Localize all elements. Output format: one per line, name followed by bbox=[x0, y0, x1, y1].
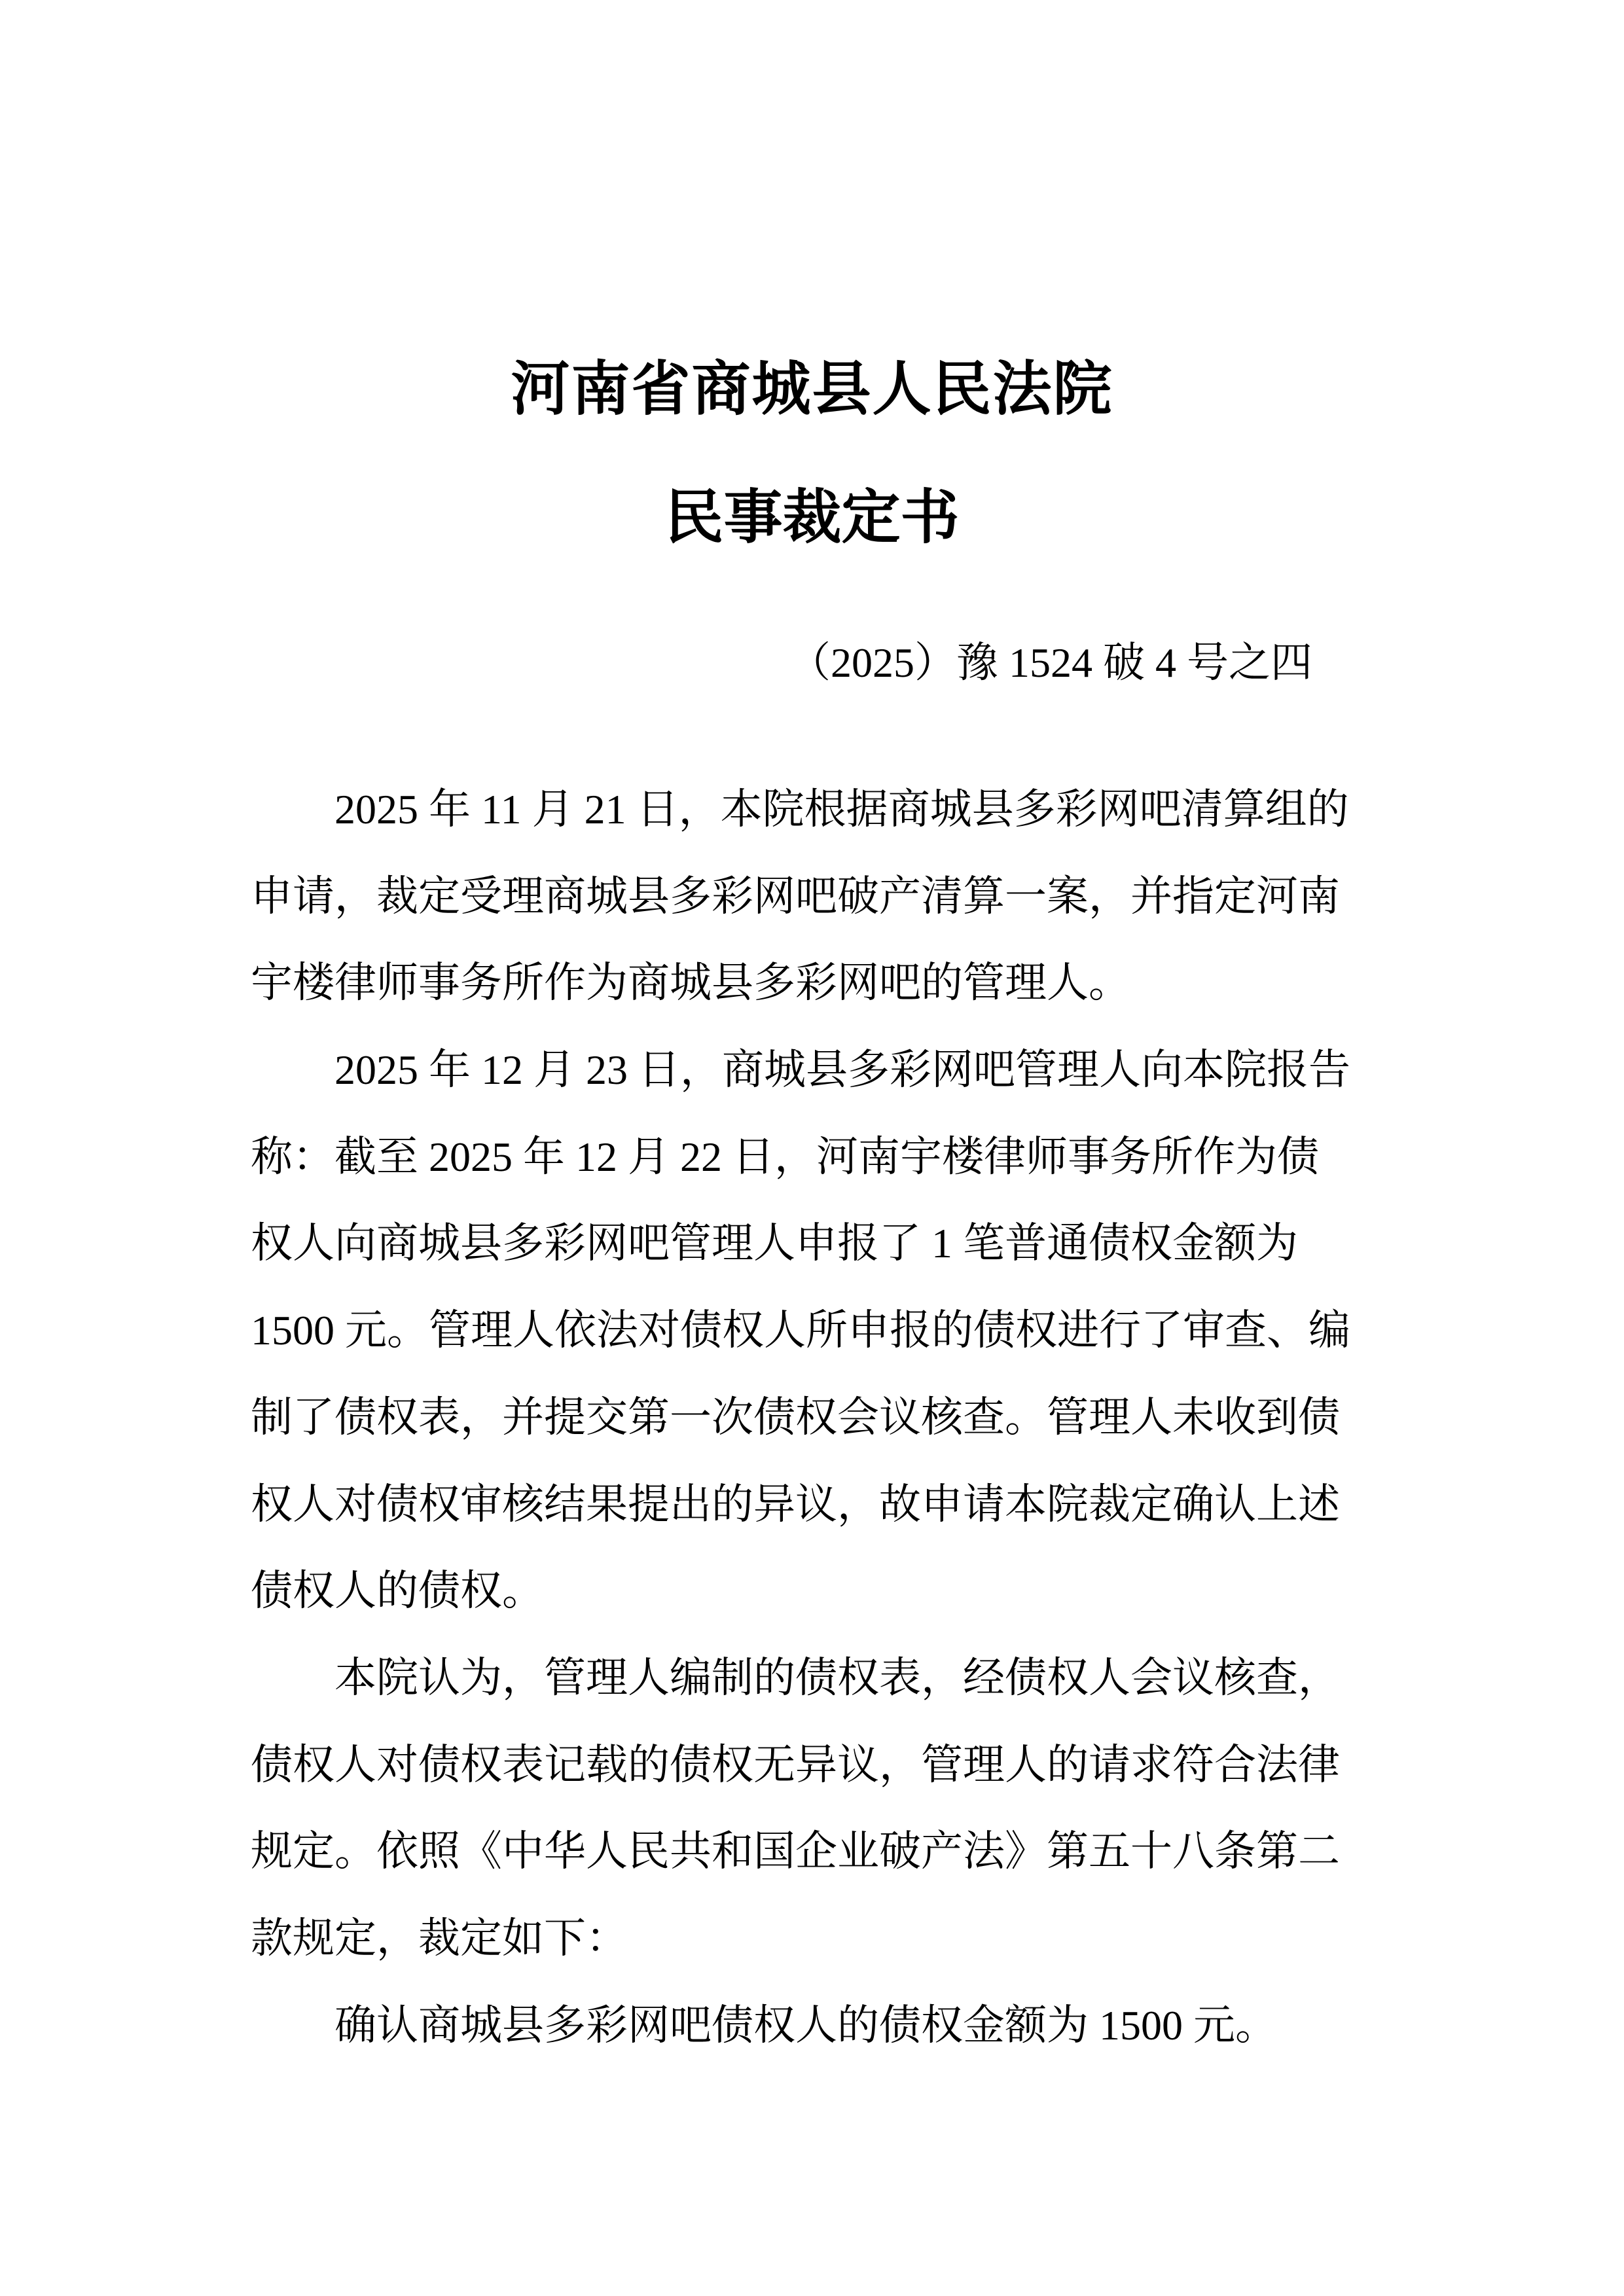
document-body: 2025 年 11 月 21 日，本院根据商城县多彩网吧清算组的 申请，裁定受理… bbox=[251, 766, 1383, 2069]
paragraph-line: 制了债权表，并提交第一次债权会议核查。管理人未收到债 bbox=[251, 1374, 1383, 1462]
paragraph-line: 债权人的债权。 bbox=[251, 1548, 1383, 1635]
paragraph-line: 1500 元。管理人依法对债权人所申报的债权进行了审查、编 bbox=[251, 1287, 1383, 1374]
document-type-heading: 民事裁定书 bbox=[0, 478, 1624, 557]
paragraph-line: 申请，裁定受理商城县多彩网吧破产清算一案，并指定河南 bbox=[251, 853, 1383, 941]
paragraph-line: 2025 年 12 月 23 日，商城县多彩网吧管理人向本院报告 bbox=[251, 1027, 1383, 1114]
document-page: 河南省商城县人民法院 民事裁定书 （2025）豫 1524 破 4 号之四 20… bbox=[0, 0, 1624, 2296]
paragraph-line: 债权人对债权表记载的债权无异议，管理人的请求符合法律 bbox=[251, 1722, 1383, 1809]
paragraph-line: 权人对债权审核结果提出的异议，故申请本院裁定确认上述 bbox=[251, 1462, 1383, 1549]
paragraph-administrator-report: 2025 年 12 月 23 日，商城县多彩网吧管理人向本院报告 称：截至 20… bbox=[251, 1027, 1383, 1635]
court-name-heading: 河南省商城县人民法院 bbox=[0, 350, 1624, 429]
paragraph-line: 确认商城县多彩网吧债权人的债权金额为 1500 元。 bbox=[251, 1982, 1383, 2070]
case-number: （2025）豫 1524 破 4 号之四 bbox=[789, 620, 1312, 706]
paragraph-court-opinion: 本院认为，管理人编制的债权表，经债权人会议核查， 债权人对债权表记载的债权无异议… bbox=[251, 1635, 1383, 1982]
paragraph-line: 权人向商城县多彩网吧管理人申报了 1 笔普通债权金额为 bbox=[251, 1200, 1383, 1287]
paragraph-ruling: 确认商城县多彩网吧债权人的债权金额为 1500 元。 bbox=[251, 1982, 1383, 2070]
paragraph-line: 称：截至 2025 年 12 月 22 日，河南宇楼律师事务所作为债 bbox=[251, 1114, 1383, 1201]
paragraph-line: 2025 年 11 月 21 日，本院根据商城县多彩网吧清算组的 bbox=[251, 766, 1383, 853]
paragraph-line: 本院认为，管理人编制的债权表，经债权人会议核查， bbox=[251, 1635, 1383, 1722]
paragraph-line: 宇楼律师事务所作为商城县多彩网吧的管理人。 bbox=[251, 940, 1383, 1027]
paragraph-line: 规定。依照《中华人民共和国企业破产法》第五十八条第二 bbox=[251, 1808, 1383, 1895]
paragraph-acceptance: 2025 年 11 月 21 日，本院根据商城县多彩网吧清算组的 申请，裁定受理… bbox=[251, 766, 1383, 1027]
paragraph-line: 款规定，裁定如下： bbox=[251, 1895, 1383, 1982]
